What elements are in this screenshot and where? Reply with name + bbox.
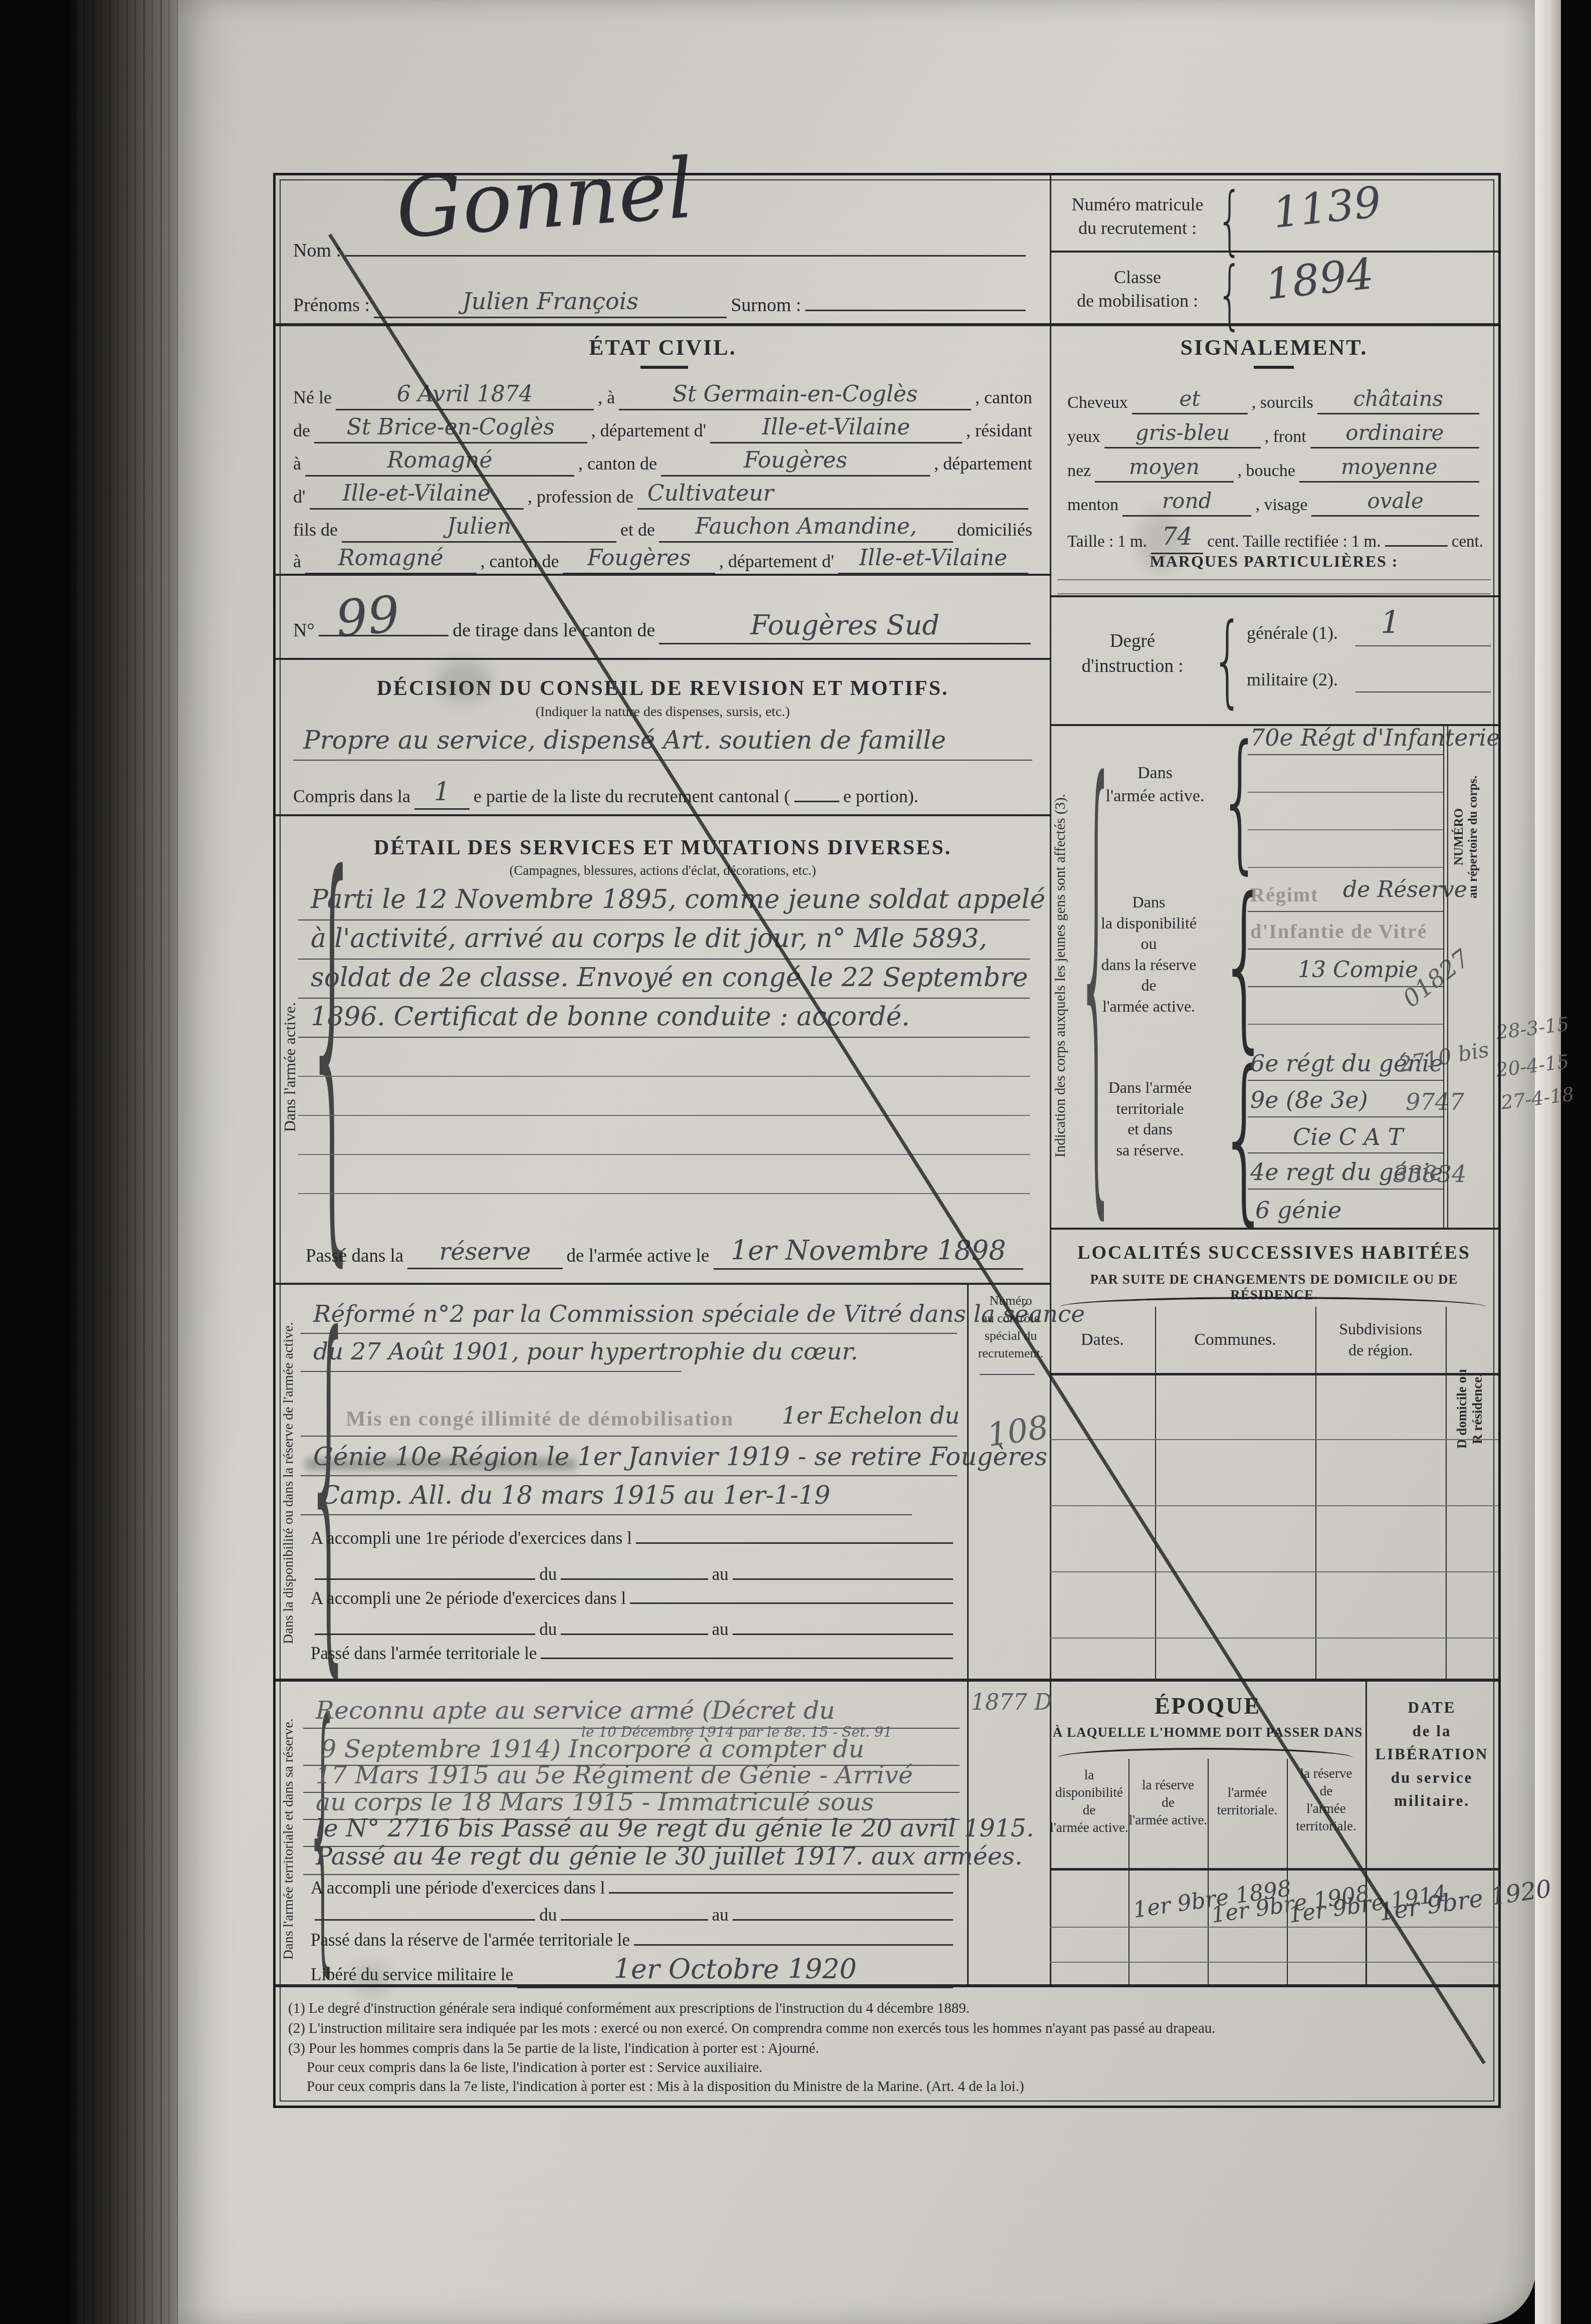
- reforme-line1: Réformé n°2 par la Commission spéciale d…: [313, 1300, 1085, 1328]
- terr-line5: le N° 2716 bis Passé au 9e regt du génie…: [316, 1814, 1034, 1842]
- table-line: [1155, 1307, 1156, 1679]
- tirage-row: N° de tirage dans le canton de Fougères …: [293, 611, 1035, 644]
- table-row-line: [1050, 1962, 1498, 1963]
- rule: [1050, 595, 1498, 597]
- etat-civil-title: ÉTAT CIVIL.: [276, 335, 1050, 360]
- libere-row: Libéré du service militaire le 1er Octob…: [311, 1955, 957, 1988]
- services-title: DÉTAIL DES SERVICES ET MUTATIONS DIVERSE…: [276, 836, 1050, 860]
- title-underline: [1254, 366, 1294, 369]
- controle-column-divider: [967, 1283, 969, 1984]
- services-line1: Parti le 12 Novembre 1895, comme jeune s…: [311, 884, 1045, 914]
- terr-line6: Passé au 4e regt du génie le 30 juillet …: [316, 1842, 1023, 1871]
- corps-terr-n4: 33834: [1393, 1160, 1466, 1188]
- fill-line: [298, 1037, 1030, 1038]
- brace-icon: {: [1217, 257, 1243, 332]
- fill-line: [293, 760, 1032, 761]
- signalement-title: SIGNALEMENT.: [1050, 335, 1498, 360]
- blank-line: [1248, 867, 1443, 868]
- du-au-row: du au: [311, 1905, 957, 1925]
- terr-side-label: Dans l'armée territoriale et dans sa rés…: [281, 1709, 303, 1969]
- periode1-row: A accompli une 1re période d'exercices d…: [311, 1528, 957, 1548]
- blank-line: [298, 1115, 1030, 1116]
- fill-line: [1248, 1189, 1443, 1190]
- compris-row: Compris dans la 1 e partie de la liste d…: [293, 779, 1032, 810]
- classe-label: Classe de mobilisation :: [1065, 266, 1210, 313]
- decision-title: DÉCISION DU CONSEIL DE REVISION ET MOTIF…: [276, 676, 1050, 701]
- footnote-1: (1) Le degré d'instruction générale sera…: [288, 2000, 1488, 2017]
- table-line: [1446, 1307, 1447, 1679]
- matricule-value: 1139: [1270, 177, 1383, 238]
- classe-value: 1894: [1263, 249, 1376, 310]
- header-rule: [1050, 1373, 1498, 1375]
- footnote-3: (3) Pour les hommes compris dans la 5e p…: [288, 2040, 1488, 2057]
- prenoms-line: Julien François: [374, 290, 727, 318]
- fill-line: [298, 998, 1030, 999]
- blank-line: [1248, 829, 1443, 830]
- services-line3: soldat de 2e classe. Envoyé en congé le …: [311, 963, 1028, 993]
- fill-line: [1248, 754, 1443, 755]
- nom-row: Nom :: [293, 240, 1030, 262]
- marques-label: MARQUES PARTICULIÈRES :: [1050, 552, 1498, 571]
- fill-line: [1248, 1116, 1443, 1117]
- brace-icon: {: [1217, 183, 1243, 258]
- du-au-row: du au: [311, 1564, 957, 1584]
- brace-icon: {: [1212, 610, 1244, 711]
- signalement-line: nez moyen , bouche moyenne: [1067, 456, 1483, 483]
- degre-generale-value: 1: [1381, 604, 1400, 640]
- terr-margin-number: 1877 D: [971, 1690, 1052, 1715]
- etat-civil-line: de St Brice-en-Coglès , département d' I…: [293, 416, 1032, 443]
- nom-label: Nom :: [293, 240, 341, 262]
- etat-civil-line: fils de Julien et de Fauchon Amandine, d…: [293, 516, 1032, 543]
- rule: [276, 1679, 1498, 1682]
- blank-line: [298, 1154, 1030, 1155]
- corps-dispo-stamp2: d'Infantie de Vitré: [1250, 919, 1428, 943]
- corps-dispo-hw1: de Réserve: [1343, 877, 1467, 902]
- blank-line: [1057, 579, 1491, 580]
- blank-line: [298, 1193, 1030, 1194]
- scanned-military-register-page: Gonnel 28-3-15 20-4-15 27-4-18 Nom : Pré…: [0, 0, 1591, 2324]
- signalement-line: Cheveux et , sourcils châtains: [1067, 388, 1483, 414]
- terr-line2: 9 Septembre 1914) Incorporé à compter du: [321, 1735, 864, 1763]
- epoque-title: ÉPOQUE: [1050, 1693, 1366, 1719]
- fill-line: [301, 1436, 957, 1437]
- title-underline: [640, 366, 688, 369]
- prenoms-label: Prénoms :: [293, 294, 370, 316]
- epoque-date-label: DATE de la LIBÉRATION du service militai…: [1366, 1696, 1498, 1813]
- services-subtitle: (Campagnes, blessures, actions d'éclat, …: [276, 863, 1050, 878]
- epoque-col1: la disponibilité de l'armée active.: [1050, 1766, 1128, 1836]
- fill-line: [1248, 1152, 1443, 1153]
- dispo-side-label: Dans la disponibilité ou dans la réserve…: [281, 1308, 303, 1659]
- terr-line4: au corps le 18 Mars 1915 - Immatriculé s…: [316, 1788, 874, 1816]
- corps-dispo-stamp1: Régimt: [1250, 883, 1318, 906]
- ink-smudge: [306, 1458, 576, 1470]
- corps-terr-n2: 9747: [1406, 1088, 1464, 1115]
- corps-dispo-compagnie: 13 Compie: [1298, 957, 1418, 983]
- table-line: [1315, 1307, 1316, 1679]
- blank-line: [298, 1076, 1030, 1077]
- etat-civil-line: à Romagné , canton de Fougères , départe…: [293, 547, 1032, 574]
- degre-label: Degré d'instruction :: [1060, 629, 1205, 679]
- table-line: [1208, 1759, 1209, 1984]
- conge-line3: Camp. All. du 18 mars 1915 au 1er-1-19: [321, 1481, 830, 1510]
- header-rule: [1050, 1868, 1498, 1871]
- rule: [1050, 1228, 1498, 1230]
- table-line: [1287, 1759, 1288, 1984]
- corps-terr-v5: 6 génie: [1255, 1197, 1341, 1224]
- rule: [980, 1374, 1035, 1375]
- etat-civil-line: à Romagné , canton de Fougères , départe…: [293, 449, 1032, 477]
- reforme-line2: du 27 Août 1901, pour hypertrophie du cœ…: [313, 1338, 858, 1365]
- fill-line: [301, 1514, 912, 1515]
- fill-line: [298, 919, 1030, 920]
- col-dates: Dates.: [1050, 1330, 1155, 1349]
- footnote-5: Pour ceux compris dans la 7e liste, l'in…: [307, 2078, 1484, 2095]
- corps-terr-v3: Cie C A T: [1293, 1123, 1403, 1150]
- divider: [1050, 175, 1051, 323]
- rule: [276, 814, 1050, 816]
- degre-militaire-label: militaire (2).: [1247, 669, 1338, 690]
- fill-line: [301, 1475, 957, 1476]
- corps-terr-v2: 9e (8e 3e): [1250, 1086, 1368, 1113]
- fill-line: [298, 959, 1030, 960]
- passe-reserve-terr-row: Passé dans la réserve de l'armée territo…: [311, 1930, 957, 1950]
- nom-line: [345, 255, 1026, 257]
- numero-column-divider: [1443, 724, 1444, 1228]
- table-row-line: [1050, 1571, 1498, 1572]
- blank-line: [1248, 792, 1443, 793]
- prenoms-row: Prénoms : Julien François Surnom :: [293, 290, 1030, 318]
- du-au-row: du au: [311, 1619, 957, 1640]
- corps-side-label: Indication des corps auxquels les jeunes…: [1052, 729, 1075, 1223]
- rule: [276, 1984, 1498, 1987]
- fill-line: [301, 1333, 957, 1334]
- decision-motif: Propre au service, dispensé Art. soutien…: [303, 726, 946, 755]
- fill-line: [1248, 949, 1443, 950]
- surnom-label: Surnom :: [731, 294, 801, 316]
- table-row-line: [1050, 1439, 1498, 1440]
- passe-territoriale-row: Passé dans l'armée territoriale le: [311, 1644, 957, 1664]
- terr-line3: 17 Mars 1915 au 5e Régiment de Génie - A…: [316, 1761, 913, 1789]
- passe-reserve-row: Passé dans la réserve de l'armée active …: [306, 1237, 1027, 1270]
- rule: [276, 574, 1050, 576]
- signalement-line: menton rond , visage ovale: [1067, 491, 1483, 517]
- services-line2: à l'activité, arrivé au corps le dit jou…: [311, 923, 987, 954]
- terr-line1: Reconnu apte au service armé (Décret du: [316, 1696, 835, 1725]
- fill-line: [301, 1371, 681, 1372]
- fill-line: [1355, 645, 1491, 646]
- terr-periode-row: A accompli une période d'exercices dans …: [311, 1878, 957, 1898]
- degre-generale-label: générale (1).: [1247, 622, 1338, 643]
- divider: [1050, 724, 1051, 1228]
- rule: [1050, 251, 1498, 253]
- brace-swash: [1057, 1748, 1353, 1758]
- corps-numero-header: NUMÉRO au répertoire du corps.: [1452, 729, 1495, 945]
- signalement-line: yeux gris-bleu , front ordinaire: [1067, 422, 1483, 448]
- fill-line: [1248, 911, 1443, 912]
- table-line: [1366, 1679, 1367, 1984]
- divider: [1050, 595, 1051, 724]
- epoque-col2: la réserve de l'armée active.: [1128, 1776, 1208, 1829]
- prenoms-value: Julien François: [462, 288, 638, 315]
- corps-terr-label: Dans l'armée territoriale et dans sa rés…: [1082, 1077, 1218, 1160]
- table-line: [1128, 1759, 1129, 1984]
- corps-active-label: Dans l'armée active.: [1090, 762, 1220, 808]
- controle-label: Numéro au contrôle spécial du recrutemen…: [973, 1292, 1048, 1362]
- taille-line: Taille : 1 m. 74 cent. Taille rectifiée …: [1067, 525, 1483, 554]
- table-row-line: [1050, 1638, 1498, 1639]
- table-row-line: [1050, 1927, 1498, 1928]
- rule: [276, 323, 1498, 326]
- col-subdivisions: Subdivisions de région.: [1315, 1319, 1446, 1360]
- matricule-form: Nom : Prénoms : Julien François Surnom :…: [273, 173, 1501, 2108]
- surnom-line: [805, 310, 1026, 311]
- epoque-col3: l'armée territoriale.: [1208, 1784, 1287, 1819]
- corps-dispo-label: Dans la disponibilité ou dans la réserve…: [1080, 892, 1218, 1017]
- rule: [276, 1283, 1050, 1285]
- rule: [276, 658, 1050, 660]
- fill-line: [1355, 691, 1491, 692]
- matricule-label: Numéro matricule du recrutement :: [1065, 193, 1210, 240]
- table-row-line: [1050, 1505, 1498, 1506]
- conge-stamp: Mis en congé illimité de démobilisation: [346, 1407, 734, 1431]
- services-side-label: Dans l'armée active.: [281, 892, 303, 1243]
- blank-line: [1057, 593, 1491, 594]
- footnote-4: Pour ceux compris dans la 6e liste, l'in…: [307, 2059, 1484, 2076]
- localites-title: LOCALITÉS SUCCESSIVES HABITÉES: [1050, 1242, 1498, 1264]
- etat-civil-line: Né le 6 Avril 1874 , à St Germain-en-Cog…: [293, 383, 1032, 410]
- services-line4: 1896. Certificat de bonne conduite : acc…: [311, 1002, 910, 1032]
- conge-hw: 1er Echelon du: [782, 1402, 960, 1429]
- epoque-col4: la réserve de l'armée territoriale.: [1287, 1765, 1366, 1835]
- periode2-row: A accompli une 2e période d'exercices da…: [311, 1588, 957, 1608]
- fill-line: [303, 1874, 960, 1875]
- decision-subtitle: (Indiquer la nature des dispenses, sursi…: [276, 704, 1050, 720]
- epoque-subtitle: À LAQUELLE L'HOMME DOIT PASSER DANS: [1050, 1725, 1366, 1740]
- col-domicile-residence: D domicile ou R résidence.: [1454, 1309, 1494, 1509]
- next-page-edge: [1535, 0, 1561, 2324]
- blank-line: [1248, 1024, 1443, 1025]
- fill-line: [1248, 1080, 1443, 1081]
- footnote-2: (2) L'instruction militaire sera indiqué…: [288, 2020, 1488, 2037]
- col-communes: Communes.: [1155, 1330, 1315, 1349]
- etat-civil-line: d' Ille-et-Vilaine , profession de Culti…: [293, 483, 1032, 510]
